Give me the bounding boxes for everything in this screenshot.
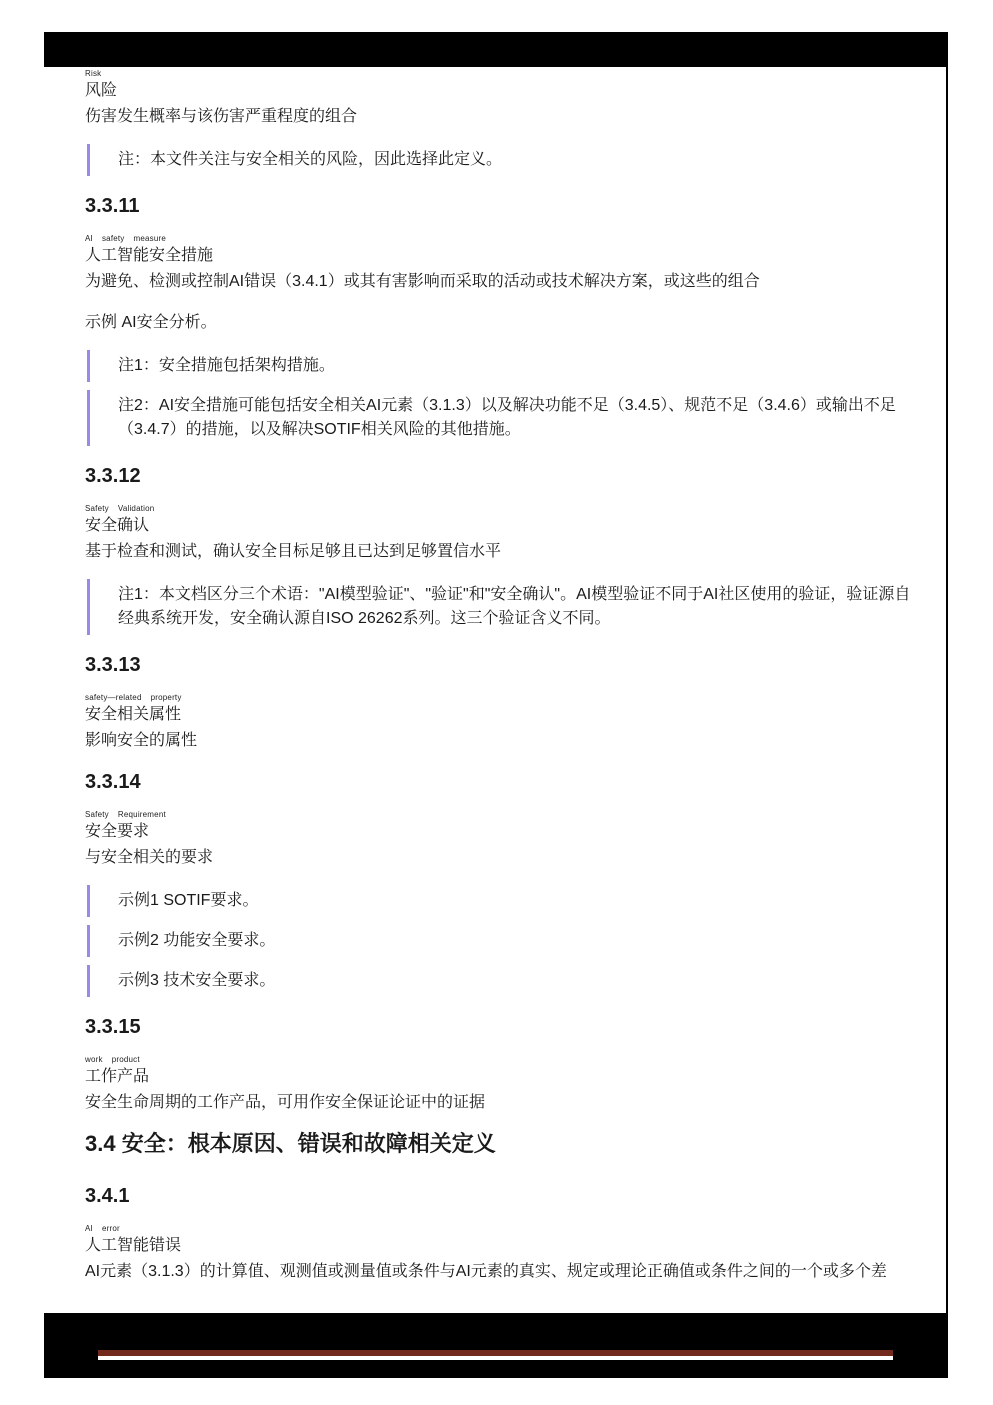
- page-right-border: [946, 67, 948, 1313]
- note-block: 注1：安全措施包括架构措施。: [87, 350, 915, 382]
- entry-english-annotation: AIsafetymeasure: [85, 234, 915, 244]
- definition-text: 与安全相关的要求: [85, 846, 915, 869]
- annotation-word: work: [85, 1055, 103, 1065]
- definition-text: 基于检查和测试，确认安全目标足够且已达到足够置信水平: [85, 540, 915, 563]
- footer-rule-white: [98, 1356, 893, 1360]
- header-bar: [44, 32, 948, 67]
- annotation-word: measure: [134, 234, 167, 244]
- section-number: 3.3.15: [85, 1015, 915, 1039]
- annotation-word: Risk: [85, 69, 101, 79]
- note-accent-bar: [87, 144, 90, 176]
- entry-english-annotation: SafetyRequirement: [85, 810, 915, 820]
- definition-text: 安全生命周期的工作产品，可用作安全保证论证中的证据: [85, 1091, 915, 1114]
- entry-english-annotation: safety—relatedproperty: [85, 693, 915, 703]
- term-zh: 人工智能安全措施: [85, 244, 915, 267]
- example-block: 示例1 SOTIF要求。: [87, 885, 915, 917]
- annotation-word: AI: [85, 1224, 93, 1234]
- annotation-word: Safety: [85, 810, 109, 820]
- note-text: 注1：安全措施包括架构措施。: [118, 357, 335, 374]
- section-number: 3.3.11: [85, 194, 915, 218]
- entry-english-annotation: AIerror: [85, 1224, 915, 1234]
- example-accent-bar: [87, 925, 90, 957]
- note-text: 注：本文件关注与安全相关的风险，因此选择此定义。: [118, 151, 502, 168]
- note-block: 注2：AI安全措施可能包括安全相关AI元素（3.1.3）以及解决功能不足（3.4…: [87, 390, 915, 446]
- note-accent-bar: [87, 390, 90, 446]
- definition-text: AI元素（3.1.3）的计算值、观测值或测量值或条件与AI元素的真实、规定或理论…: [85, 1260, 915, 1283]
- example-accent-bar: [87, 885, 90, 917]
- term-zh: 风险: [85, 79, 915, 102]
- example-text: 示例3 技术安全要求。: [118, 972, 275, 989]
- term-zh: 人工智能错误: [85, 1234, 915, 1257]
- example-accent-bar: [87, 965, 90, 997]
- document-content: Risk风险伤害发生概率与该伤害严重程度的组合注：本文件关注与安全相关的风险，因…: [85, 67, 915, 1283]
- term-zh: 工作产品: [85, 1065, 915, 1088]
- example-block: 示例3 技术安全要求。: [87, 965, 915, 997]
- annotation-word: property: [151, 693, 182, 703]
- term-zh: 安全确认: [85, 514, 915, 537]
- section-number: 3.3.14: [85, 770, 915, 794]
- annotation-word: error: [102, 1224, 120, 1234]
- annotation-word: AI: [85, 234, 93, 244]
- document-page: Risk风险伤害发生概率与该伤害严重程度的组合注：本文件关注与安全相关的风险，因…: [0, 0, 993, 1405]
- annotation-word: Safety: [85, 504, 109, 514]
- example-text: 示例2 功能安全要求。: [118, 932, 275, 949]
- entry-english-annotation: SafetyValidation: [85, 504, 915, 514]
- footer-bar: [44, 1313, 948, 1378]
- annotation-word: product: [112, 1055, 140, 1065]
- annotation-word: safety—related: [85, 693, 142, 703]
- annotation-word: Validation: [118, 504, 155, 514]
- example-text: 示例1 SOTIF要求。: [118, 892, 258, 909]
- definition-text: 伤害发生概率与该伤害严重程度的组合: [85, 105, 915, 128]
- annotation-word: Requirement: [118, 810, 166, 820]
- note-accent-bar: [87, 350, 90, 382]
- term-zh: 安全要求: [85, 820, 915, 843]
- example-block: 示例2 功能安全要求。: [87, 925, 915, 957]
- note-text: 注2：AI安全措施可能包括安全相关AI元素（3.1.3）以及解决功能不足（3.4…: [118, 397, 896, 438]
- entry-english-annotation: Risk: [85, 69, 915, 79]
- note-accent-bar: [87, 579, 90, 635]
- term-zh: 安全相关属性: [85, 703, 915, 726]
- definition-text: 影响安全的属性: [85, 729, 915, 752]
- section-heading: 3.4 安全：根本原因、错误和故障相关定义: [85, 1130, 915, 1158]
- note-block: 注：本文件关注与安全相关的风险，因此选择此定义。: [87, 144, 915, 176]
- section-number: 3.3.12: [85, 464, 915, 488]
- annotation-word: safety: [102, 234, 125, 244]
- section-number: 3.3.13: [85, 653, 915, 677]
- entry-english-annotation: workproduct: [85, 1055, 915, 1065]
- definition-text: 为避免、检测或控制AI错误（3.4.1）或其有害影响而采取的活动或技术解决方案，…: [85, 270, 915, 293]
- note-text: 注1：本文档区分三个术语："AI模型验证"、"验证"和"安全确认"。AI模型验证…: [118, 586, 910, 627]
- section-number: 3.4.1: [85, 1184, 915, 1208]
- example-plain: 示例 AI安全分析。: [85, 311, 915, 334]
- note-block: 注1：本文档区分三个术语："AI模型验证"、"验证"和"安全确认"。AI模型验证…: [87, 579, 915, 635]
